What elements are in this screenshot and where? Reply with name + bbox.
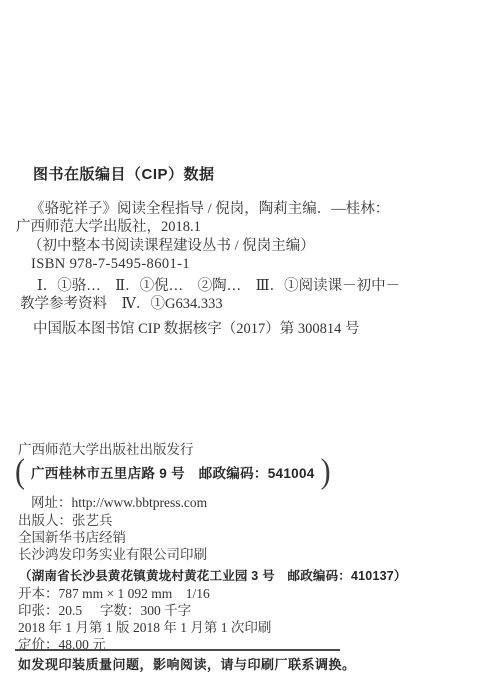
cip-classification-line1: Ⅰ．①骆… Ⅱ．①倪… ②陶… Ⅲ．①阅读课－初中－ — [37, 277, 400, 295]
quality-notice: 如发现印装质量问题，影响阅读，请与印刷厂联系调换。 — [18, 654, 356, 673]
cip-record-number: 中国版本图书馆 CIP 数据核字（2017）第 300814 号 — [33, 320, 360, 338]
word-count-value: 字数：300 千字 — [100, 602, 191, 619]
open-paren: ( — [15, 455, 25, 490]
printer-address-line: （湖南省长沙县黄花镇黄垅村黄花工业园 3 号 邮政编码：410137） — [19, 566, 407, 584]
printing-value: 2018 年 1 月第 1 次印刷 — [133, 619, 271, 636]
printer-line: 长沙鸿发印务实业有限公司印刷 — [18, 546, 207, 563]
cip-record-line2: 广西师范大学出版社，2018.1 — [16, 218, 201, 236]
copyright-page: 图书在版编目（CIP）数据 《骆驼祥子》阅读全程指导 / 倪岗，陶莉主编．—桂林… — [0, 0, 500, 681]
sheets-value: 印张：20.5 — [18, 602, 82, 619]
cip-isbn: ISBN 978-7-5495-8601-1 — [31, 255, 190, 273]
format-line: 开本：787 mm × 1 092 mm 1/16 — [18, 585, 210, 602]
cip-classification-line2: 教学参考资料 Ⅳ．①G634.333 — [20, 295, 223, 313]
website-line: 网址：http://www.bbtpress.com — [31, 494, 207, 511]
cip-record-line1: 《骆驼祥子》阅读全程指导 / 倪岗，陶莉主编．—桂林： — [30, 200, 389, 218]
publisher-address-line: ( 广西桂林市五里店路 9 号 邮政编码：541004 ) — [15, 457, 331, 487]
cip-series-line: （初中整本书阅读课程建设丛书 / 倪岗主编） — [28, 237, 315, 255]
close-paren: ) — [321, 455, 331, 490]
edition-value: 2018 年 1 月第 1 版 — [18, 619, 129, 636]
distribution-line: 全国新华书店经销 — [18, 529, 126, 546]
cip-heading: 图书在版编目（CIP）数据 — [33, 163, 215, 184]
publisher-address: 广西桂林市五里店路 9 号 邮政编码：541004 — [31, 462, 315, 482]
publisher-distribution-line: 广西师范大学出版社出版发行 — [18, 441, 194, 458]
divider-rule — [15, 649, 340, 651]
publisher-person-line: 出版人：张艺兵 — [18, 512, 113, 529]
